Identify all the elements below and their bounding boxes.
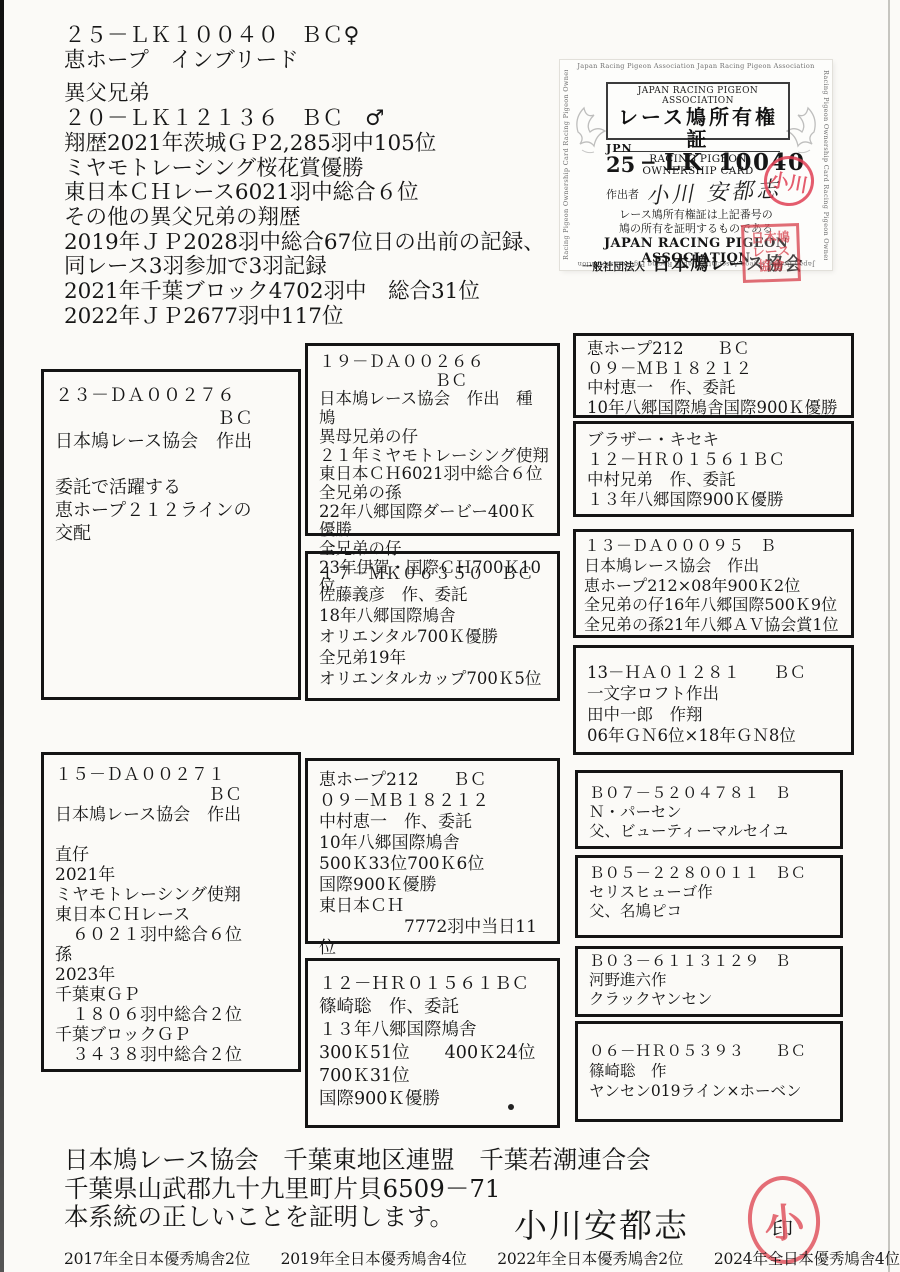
ownership-card: Japan Racing Pigeon Association Japan Ra… [560, 60, 832, 270]
text-line: 全兄弟の孫 [319, 484, 549, 503]
text-line: １２－ＨＲ０１５６１ＢＣ [319, 973, 549, 996]
association-seal-stamp: 日本鳩 レース 協會 [741, 223, 801, 283]
scan-edge-left [0, 0, 4, 1272]
stray-ink-dot [508, 1104, 514, 1110]
card-statement-line1: レース鳩所有権証は上記番号の [590, 208, 802, 222]
pedigree-box-06-HR05393: ０６－ＨＲ０５３９３ ＢＣ篠崎聡 作ヤンセン019ライン×ホーベン [575, 1021, 843, 1122]
text-line: ２０－ＬＫ１２１３６ ＢＣ ♂ [64, 107, 564, 132]
text-line: ＢＣ [55, 407, 290, 430]
pedigree-box-23-DA00276: ２３－ＤＡ００２７６ ＢＣ日本鳩レース協会 作出委託で活躍する恵ホープ２１２ライ… [41, 369, 301, 700]
text-line: 東日本ＣＨ [319, 896, 549, 917]
certification-line1: 日本鳩レース協会 千葉東地区連盟 千葉若潮連合会 [64, 1146, 704, 1175]
text-line: 中村恵一 作、委託 [587, 378, 843, 398]
breeder-label: 作出者 [606, 186, 639, 202]
text-line: １９－ＤＡ００２６６ [319, 353, 549, 372]
text-line: Ｂ０７－５２０４７８１ Ｂ [589, 784, 832, 803]
text-line: ヤンセン019ライン×ホーベン [589, 1081, 832, 1101]
text-line: 10年八郷国際鳩舎国際900Ｋ優勝 [587, 398, 843, 418]
certifier-seal-text: 小 [762, 1190, 807, 1250]
text-line: 700Ｋ31位 [319, 1065, 549, 1088]
text-line: 一文字ロフト作出 [587, 683, 843, 704]
text-line: ２５－ＬＫ１００４０ ＢＣ♀ [64, 24, 564, 49]
text-line: 交配 [55, 522, 290, 545]
text-line: ０６－ＨＲ０５３９３ ＢＣ [589, 1041, 832, 1061]
text-line: 500Ｋ33位700Ｋ6位 [319, 854, 549, 875]
text-line: 異父兄弟 [64, 82, 564, 107]
text-line: 18年八郷国際鳩舎 [319, 605, 549, 626]
card-border-text-left: Racing Pigeon Ownership Card Racing Pige… [562, 70, 570, 260]
text-line: ０９－ＭＢ１８２１２ [319, 791, 549, 812]
text-line: 中村恵一 作、委託 [319, 812, 549, 833]
pedigree-box-17-MK06350: １７－ＭＫ０６３５０ ＢＣ佐藤義彦 作、委託18年八郷国際鳩舎オリエンタル700… [305, 551, 560, 701]
text-line: ミヤモトレーシング使翔 [55, 885, 290, 905]
card-border-text-top: Japan Racing Pigeon Association Japan Ra… [570, 62, 822, 70]
text-line: 恵ホープ２１２ラインの [55, 499, 290, 522]
text-line: 同レース3羽参加で3羽記録 [64, 255, 564, 280]
text-line: 恵ホープ212 ＢＣ [587, 339, 843, 359]
text-line: 篠崎聡 作、委託 [319, 996, 549, 1019]
text-line: 2023年 [55, 965, 290, 985]
card-title-frame: JAPAN RACING PIGEON ASSOCIATION レース鳩所有権証… [606, 82, 790, 140]
text-line: 篠崎聡 作 [589, 1061, 832, 1081]
text-line: 日本鳩レース協会 作出 [55, 430, 290, 453]
card-border-text-right: Racing Pigeon Ownership Card Racing Pige… [822, 70, 830, 260]
text-line: 千葉ブロックＧＰ [55, 1025, 290, 1045]
certification-line2: 千葉県山武郡九十九里町片貝6509－71 [64, 1175, 704, 1204]
text-line: ３４３８羽中総合２位 [55, 1045, 290, 1065]
text-line: 300Ｋ51位 400Ｋ24位 [319, 1042, 549, 1065]
text-line: 日本鳩レース協会 作出 [584, 556, 843, 576]
pedigree-box-13-DA00095: １３－ＤＡ０００９５ Ｂ日本鳩レース協会 作出恵ホープ212×08年900Ｋ2位… [573, 529, 854, 638]
text-line: １３年八郷国際900Ｋ優勝 [587, 490, 843, 510]
pigeon-engraving-left-icon [572, 102, 606, 164]
ring-dash: − [640, 150, 657, 174]
text-line: セリスヒューゴ作 [589, 883, 832, 902]
text-line: 田中一郎 作翔 [587, 704, 843, 725]
pedigree-box-13-HA01281: 13－ＨＡ０１２８１ ＢＣ一文字ロフト作出田中一郎 作翔06年ＧＮ6位×18年Ｇ… [573, 645, 854, 755]
ring-year: 25 [606, 152, 635, 177]
text-line: 10年八郷国際鳩舎 [319, 833, 549, 854]
card-org-prefix: 一般社団法人 [582, 261, 645, 273]
text-line: 2021年 [55, 865, 290, 885]
text-line: 委託で活躍する [55, 476, 290, 499]
text-line: ０９－ＭＢ１８２１２ [587, 359, 843, 379]
text-line: 異母兄弟の仔 [319, 428, 549, 447]
text-line: １３年八郷国際鳩舎 [319, 1019, 549, 1042]
text-line: 中村兄弟 作、委託 [587, 470, 843, 490]
text-line: １７－ＭＫ０６３５０ ＢＣ [319, 563, 549, 584]
text-line: 全兄弟の孫21年八郷ＡＶ協会賞1位 [584, 615, 843, 635]
text-line: 2021年千葉ブロック4702羽中 総合31位 [64, 280, 564, 305]
pedigree-box-09-MB18212-large: 恵ホープ212 ＢＣ０９－ＭＢ１８２１２中村恵一 作、委託10年八郷国際鳩舎50… [305, 758, 560, 944]
text-line: クラックヤンセン [589, 990, 832, 1009]
text-line: オリエンタルカップ700Ｋ5位 [319, 668, 549, 689]
text-line: 父、ビューティーマルセイユ [589, 822, 832, 841]
text-line: 2019年ＪＰ2028羽中総合67位日の出前の記録、 [64, 231, 564, 256]
text-line: 日本鳩レース協会 作出 [55, 805, 290, 825]
text-line: ２３－ＤＡ００２７６ [55, 384, 290, 407]
text-line: 東日本ＣＨ6021羽中総合６位 [319, 465, 549, 484]
text-line: 国際900Ｋ優勝 [319, 875, 549, 896]
text-line: その他の異父兄弟の翔歴 [64, 206, 564, 231]
text-line [55, 825, 290, 845]
scan-edge-right [888, 0, 890, 1272]
scanned-pedigree-certificate: ２５－ＬＫ１００４０ ＢＣ♀恵ホープ インブリード異父兄弟２０－ＬＫ１２１３６ … [0, 0, 900, 1272]
text-line: ブラザー・キセキ [587, 430, 843, 450]
pedigree-box-12-HR01561-large: １２－ＨＲ０１５６１ＢＣ篠崎聡 作、委託１３年八郷国際鳩舎300Ｋ51位 400… [305, 958, 560, 1128]
certifier-signature: 小川安都志 [514, 1200, 689, 1247]
breeder-seal-text: 小川 [768, 164, 810, 197]
text-line: Ｂ０３－６１１３１２９ Ｂ [589, 952, 832, 971]
text-line: ミヤモトレーシング桜花賞優勝 [64, 157, 564, 182]
awards-footer-line: 2017年全日本優秀鳩舎2位 2019年全日本優秀鳩舎4位 2022年全日本優秀… [64, 1247, 864, 1269]
text-line: 千葉東ＧＰ [55, 985, 290, 1005]
text-line: 日本鳩レース協会 作出 種鳩 [319, 390, 549, 427]
association-seal-line3: 協會 [758, 260, 784, 275]
text-line: Ｂ０５－２２８００１１ ＢＣ [589, 864, 832, 883]
text-line: 東日本ＣＨレース6021羽中総合６位 [64, 181, 564, 206]
text-line: 22年八郷国際ダービー400Ｋ優勝 [319, 503, 549, 540]
text-line: 全兄弟の仔16年八郷国際500Ｋ9位 [584, 595, 843, 615]
text-line: 06年ＧＮ6位×18年ＧＮ8位 [587, 725, 843, 746]
text-line: 孫 [55, 945, 290, 965]
pedigree-box-19-DA00266: １９－ＤＡ００２６６ ＢＣ日本鳩レース協会 作出 種鳩異母兄弟の仔２１年ミヤモト… [305, 343, 560, 536]
pedigree-box-B05-2280011: Ｂ０５－２２８００１１ ＢＣセリスヒューゴ作父、名鳩ピコ [575, 855, 843, 938]
text-line: 恵ホープ212 ＢＣ [319, 770, 549, 791]
text-line: ６０２１羽中総合６位 [55, 925, 290, 945]
text-line: ＢＣ [319, 372, 549, 391]
text-line: 全兄弟19年 [319, 647, 549, 668]
pedigree-box-brother-kiseki: ブラザー・キセキ１２－ＨＲ０１５６１ＢＣ中村兄弟 作、委託１３年八郷国際900Ｋ… [573, 421, 854, 517]
text-line: 13－ＨＡ０１２８１ ＢＣ [587, 662, 843, 683]
text-line: １８０６羽中総合２位 [55, 1005, 290, 1025]
text-line: 恵ホープ212×08年900Ｋ2位 [584, 576, 843, 596]
text-line: 父、名鳩ピコ [589, 902, 832, 921]
text-line: ＢＣ [55, 785, 290, 805]
text-line: 7772羽中当日11位 [319, 917, 549, 959]
text-line: Ｎ・パーセン [589, 803, 832, 822]
text-line: 国際900Ｋ優勝 [319, 1088, 549, 1111]
pedigree-box-B03-6113129: Ｂ０３－６１１３１２９ Ｂ河野進六作クラックヤンセン [575, 946, 843, 1017]
card-title-en: JAPAN RACING PIGEON ASSOCIATION [608, 86, 788, 106]
text-line: 恵ホープ インブリード [64, 49, 564, 74]
text-line: オリエンタル700Ｋ優勝 [319, 626, 549, 647]
text-line: １５－ＤＡ００２７１ [55, 765, 290, 785]
text-line: 直仔 [55, 845, 290, 865]
text-line: ２１年ミヤモトレーシング使翔 [319, 447, 549, 466]
pedigree-box-15-DA00271: １５－ＤＡ００２７１ ＢＣ日本鳩レース協会 作出直仔2021年ミヤモトレーシング… [41, 752, 301, 1072]
breeder-name-handwritten: 小川 安都志 [645, 172, 781, 210]
text-line: 佐藤義彦 作、委託 [319, 584, 549, 605]
text-line: 2022年ＪＰ2677羽中117位 [64, 305, 564, 330]
text-line: 翔歴2021年茨城ＧＰ2,285羽中105位 [64, 132, 564, 157]
text-line: 河野進六作 [589, 971, 832, 990]
pedigree-box-megumi-hope-212: 恵ホープ212 ＢＣ０９－ＭＢ１８２１２中村恵一 作、委託10年八郷国際鳩舎国際… [573, 333, 854, 418]
text-line: １３－ＤＡ０００９５ Ｂ [584, 536, 843, 556]
bird-summary-text: ２５－ＬＫ１００４０ ＢＣ♀恵ホープ インブリード異父兄弟２０－ＬＫ１２１３６ … [64, 24, 564, 329]
text-line: １２－ＨＲ０１５６１ＢＣ [587, 450, 843, 470]
pedigree-box-B07-5204781: Ｂ０７－５２０４７８１ ＢＮ・パーセン父、ビューティーマルセイユ [575, 770, 843, 849]
text-line [55, 453, 290, 476]
ring-series: LK [664, 149, 704, 176]
text-line: 東日本ＣＨレース [55, 905, 290, 925]
